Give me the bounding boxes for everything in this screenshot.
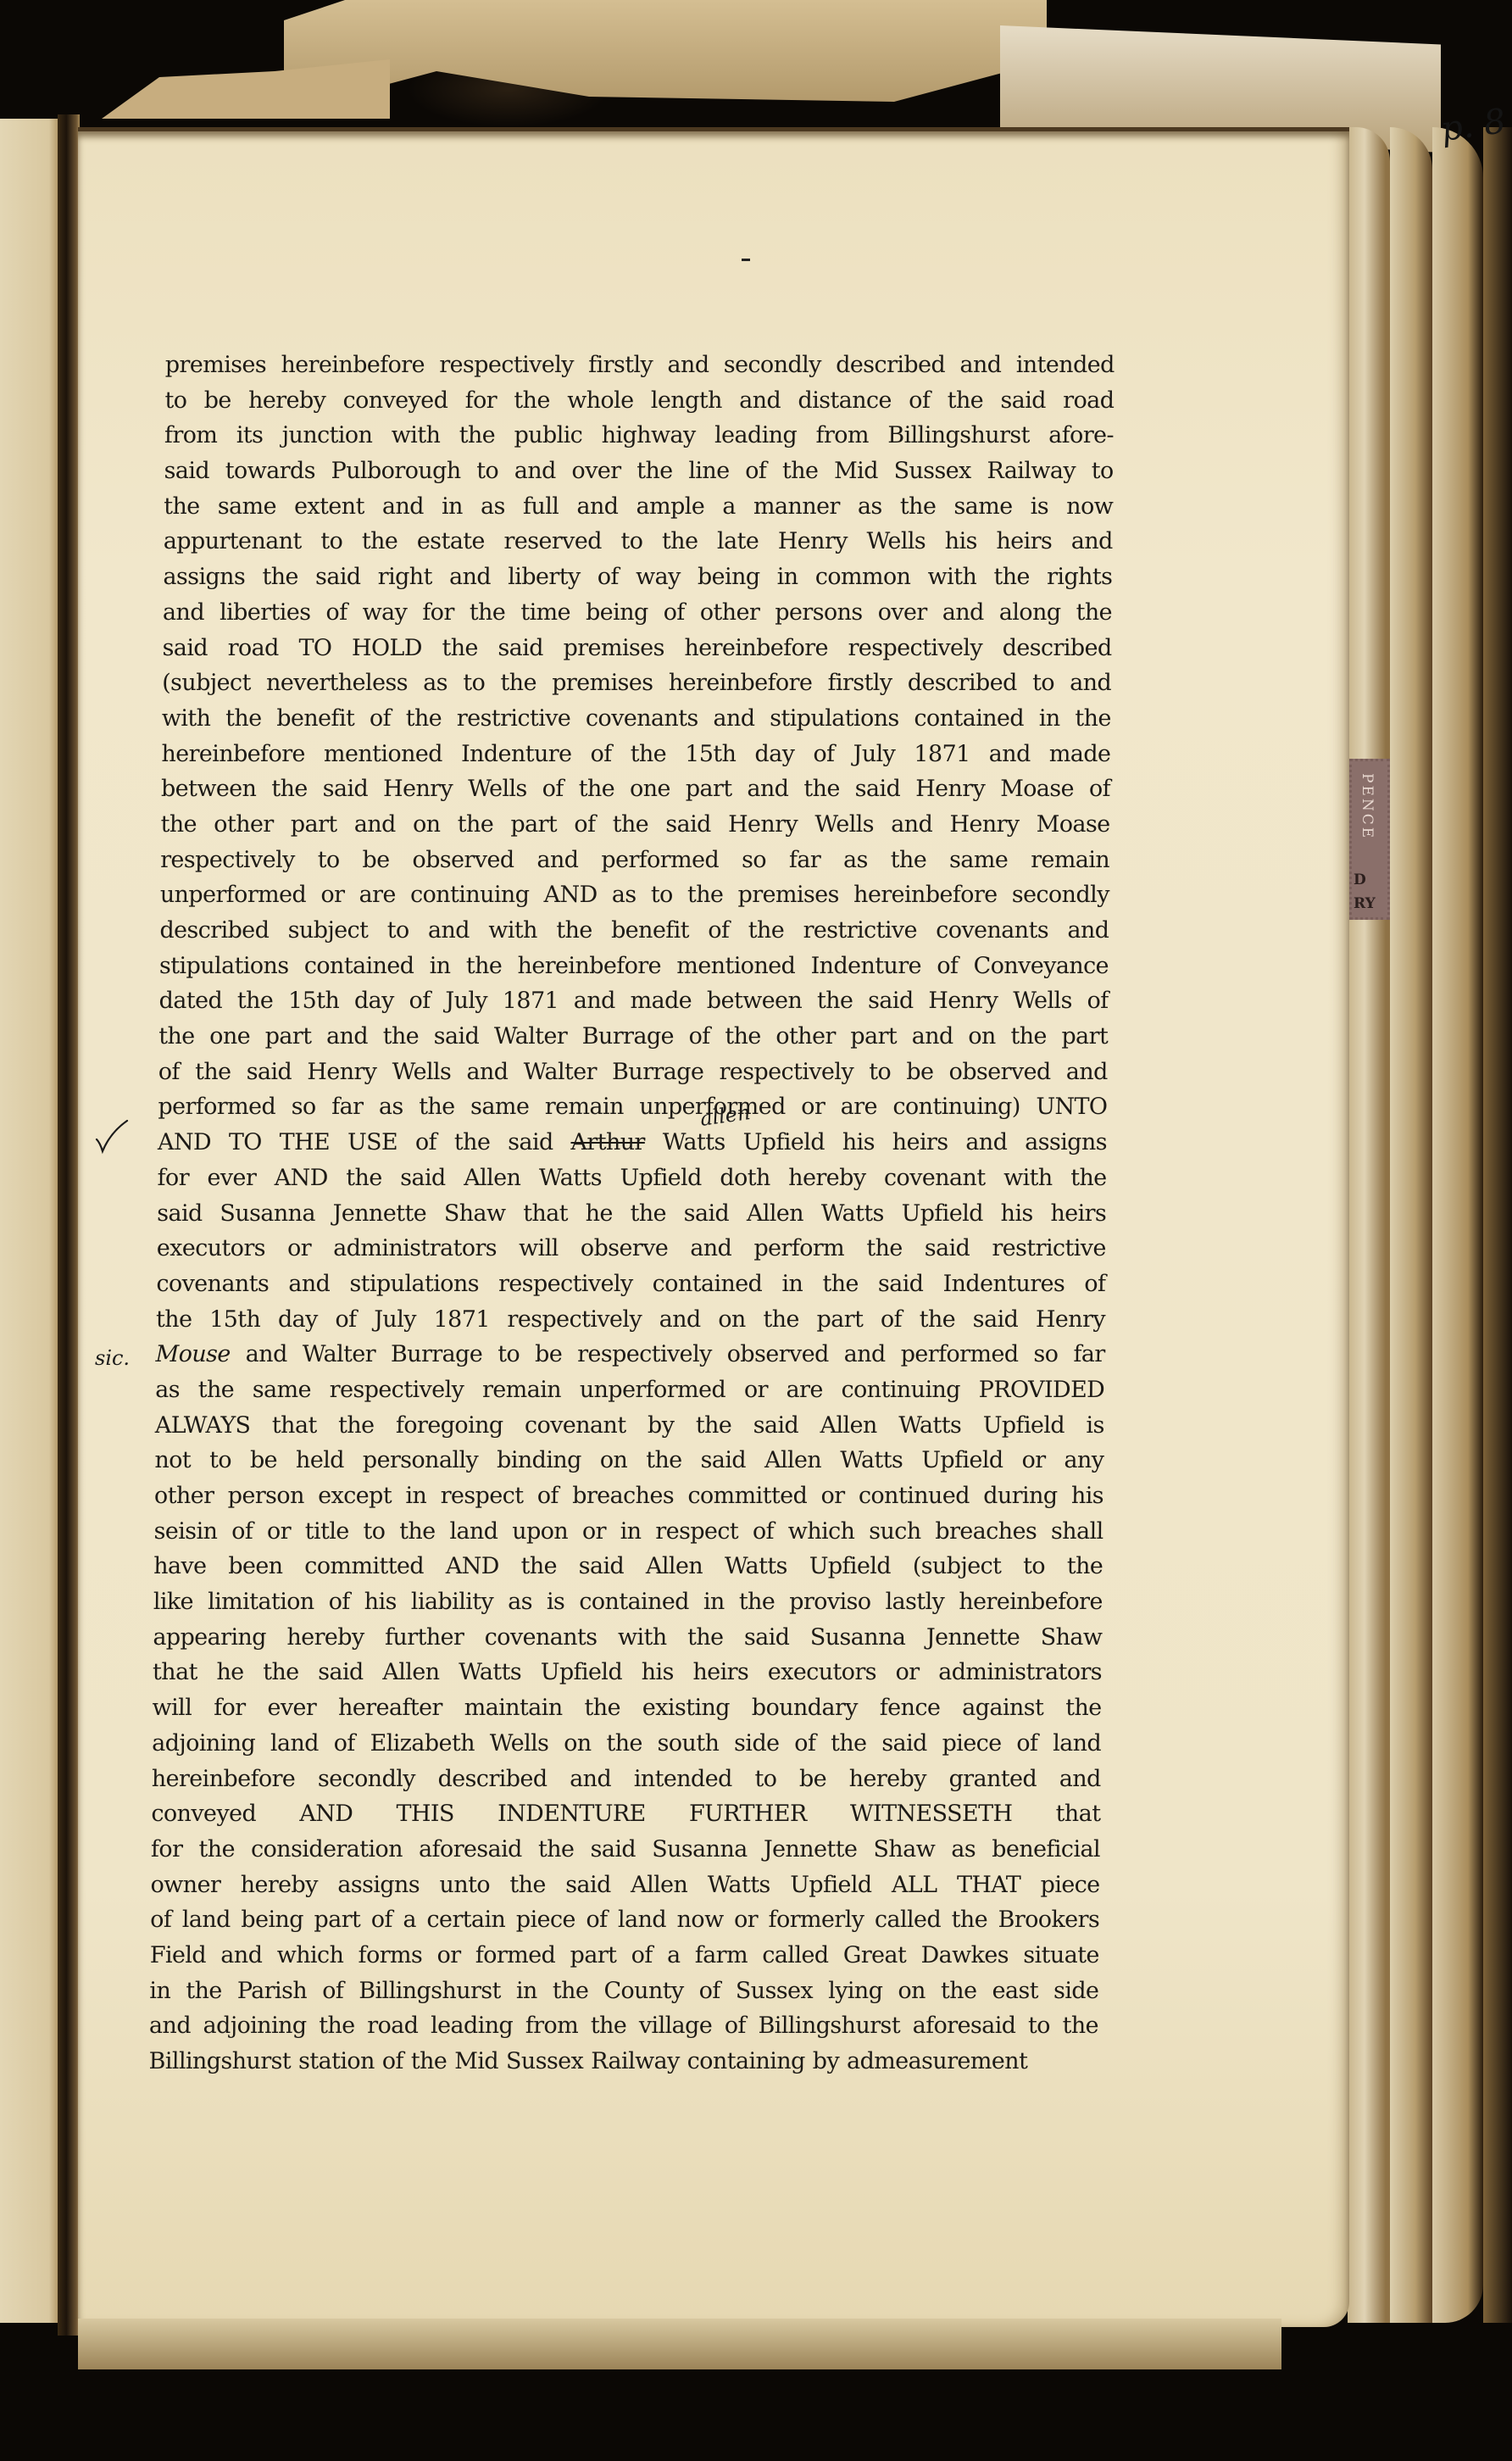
italic-word: Mouse <box>155 1341 230 1367</box>
text-line: seisin of or title to the land upon or i… <box>153 1514 1103 1550</box>
text-line: from its junction with the public highwa… <box>164 418 1114 454</box>
text-line: for the consideration aforesaid the said… <box>151 1832 1100 1868</box>
page-stack-edge <box>1432 127 1483 2323</box>
page-stack-edge <box>1390 127 1432 2323</box>
text-line-sic: Mouse and Walter Burrage to be respectiv… <box>155 1337 1104 1372</box>
text-line: and adjoining the road leading from the … <box>149 2008 1098 2044</box>
text-line: other person except in respect of breach… <box>154 1478 1103 1514</box>
text-line: Field and which forms or formed part of … <box>150 1938 1099 1974</box>
text-line: appearing hereby further covenants with … <box>153 1620 1102 1656</box>
text-line: and liberties of way for the time being … <box>163 595 1112 631</box>
text-line: appurtenant to the estate reserved to th… <box>164 524 1113 560</box>
revenue-stamp: PENCE D RY <box>1349 759 1390 920</box>
text-line: assigns the said right and liberty of wa… <box>163 560 1112 595</box>
text-line: that he the said Allen Watts Upfield his… <box>153 1655 1102 1690</box>
text-line: said towards Pulborough to and over the … <box>164 454 1113 489</box>
line-text: Watts Upfield his heirs and assigns <box>645 1129 1107 1155</box>
print-mark <box>742 259 750 261</box>
line-text: and Walter Burrage to be respectively ob… <box>231 1341 1105 1367</box>
text-line: to be hereby conveyed for the whole leng… <box>164 383 1114 419</box>
text-line: the same extent and in as full and ample… <box>164 489 1113 525</box>
text-line: not to be held personally binding on the… <box>154 1443 1103 1478</box>
text-line: of the said Henry Wells and Walter Burra… <box>158 1055 1108 1090</box>
text-line: have been committed AND the said Allen W… <box>153 1549 1103 1584</box>
book-gutter <box>58 114 80 2336</box>
text-line: stipulations contained in the hereinbefo… <box>159 949 1109 984</box>
torn-paper-scrap <box>284 0 1047 102</box>
text-line: owner hereby assigns unto the said Allen… <box>150 1868 1099 1903</box>
text-line: covenants and stipulations respectively … <box>156 1267 1105 1302</box>
text-line: of land being part of a certain piece of… <box>150 1902 1099 1938</box>
text-line: the 15th day of July 1871 respectively a… <box>156 1302 1105 1338</box>
text-line: unperformed or are continuing AND as to … <box>160 877 1109 913</box>
text-line: ALWAYS that the foregoing covenant by th… <box>155 1408 1104 1444</box>
text-line: adjoining land of Elizabeth Wells on the… <box>152 1726 1101 1762</box>
text-line: said Susanna Jennette Shaw that he the s… <box>157 1196 1106 1232</box>
checkmark-icon <box>95 1117 129 1155</box>
body-text: premises hereinbefore respectively first… <box>148 348 1115 2080</box>
text-line-amended: AND TO THE USE of the said Arthur Watts … <box>158 1125 1107 1161</box>
text-line: will for ever hereafter maintain the exi… <box>152 1690 1101 1726</box>
text-line: executors or administrators will observe… <box>157 1231 1106 1267</box>
stamp-denomination: PENCE <box>1359 773 1376 840</box>
text-line: the other part and on the part of the sa… <box>160 807 1109 843</box>
text-line: in the Parish of Billingshurst in the Co… <box>149 1974 1098 2009</box>
binding-edge <box>1483 127 1512 2323</box>
text-line: with the benefit of the restrictive cove… <box>162 701 1111 737</box>
line-text: AND TO THE USE of the said <box>158 1129 571 1155</box>
text-line: hereinbefore mentioned Indenture of the … <box>161 737 1110 772</box>
text-line: as the same respectively remain unperfor… <box>155 1372 1104 1408</box>
page-bottom-edge <box>78 2319 1281 2369</box>
margin-annotation-sic: sic. <box>95 1346 130 1370</box>
text-line: premises hereinbefore respectively first… <box>165 348 1115 383</box>
facing-page-edge <box>0 119 61 2323</box>
stamp-text-fragment: RY <box>1354 895 1376 912</box>
text-line: respectively to be observed and performe… <box>160 843 1109 878</box>
text-line: for ever AND the said Allen Watts Upfiel… <box>157 1161 1106 1196</box>
text-line: the one part and the said Walter Burrage… <box>158 1019 1108 1055</box>
page-stack-edge <box>1348 127 1390 2323</box>
text-line: dated the 15th day of July 1871 and made… <box>158 983 1108 1019</box>
text-line: described subject to and with the benefi… <box>159 913 1109 949</box>
text-line: performed so far as the same remain unpe… <box>158 1089 1107 1125</box>
stamp-text-fragment: D <box>1354 871 1366 888</box>
text-line: conveyed AND THIS INDENTURE FURTHER WITN… <box>151 1796 1100 1832</box>
torn-paper-scrap <box>102 59 390 119</box>
text-line: Billingshurst station of the Mid Sussex … <box>148 2044 1098 2080</box>
text-line: said road TO HOLD the said premises here… <box>162 631 1111 666</box>
text-line: like limitation of his liability as is c… <box>153 1584 1103 1620</box>
struck-word: Arthur <box>570 1129 645 1155</box>
text-line: (subject nevertheless as to the premises… <box>162 665 1111 701</box>
text-line: hereinbefore secondly described and inte… <box>152 1762 1101 1797</box>
text-line: between the said Henry Wells of the one … <box>161 771 1110 807</box>
